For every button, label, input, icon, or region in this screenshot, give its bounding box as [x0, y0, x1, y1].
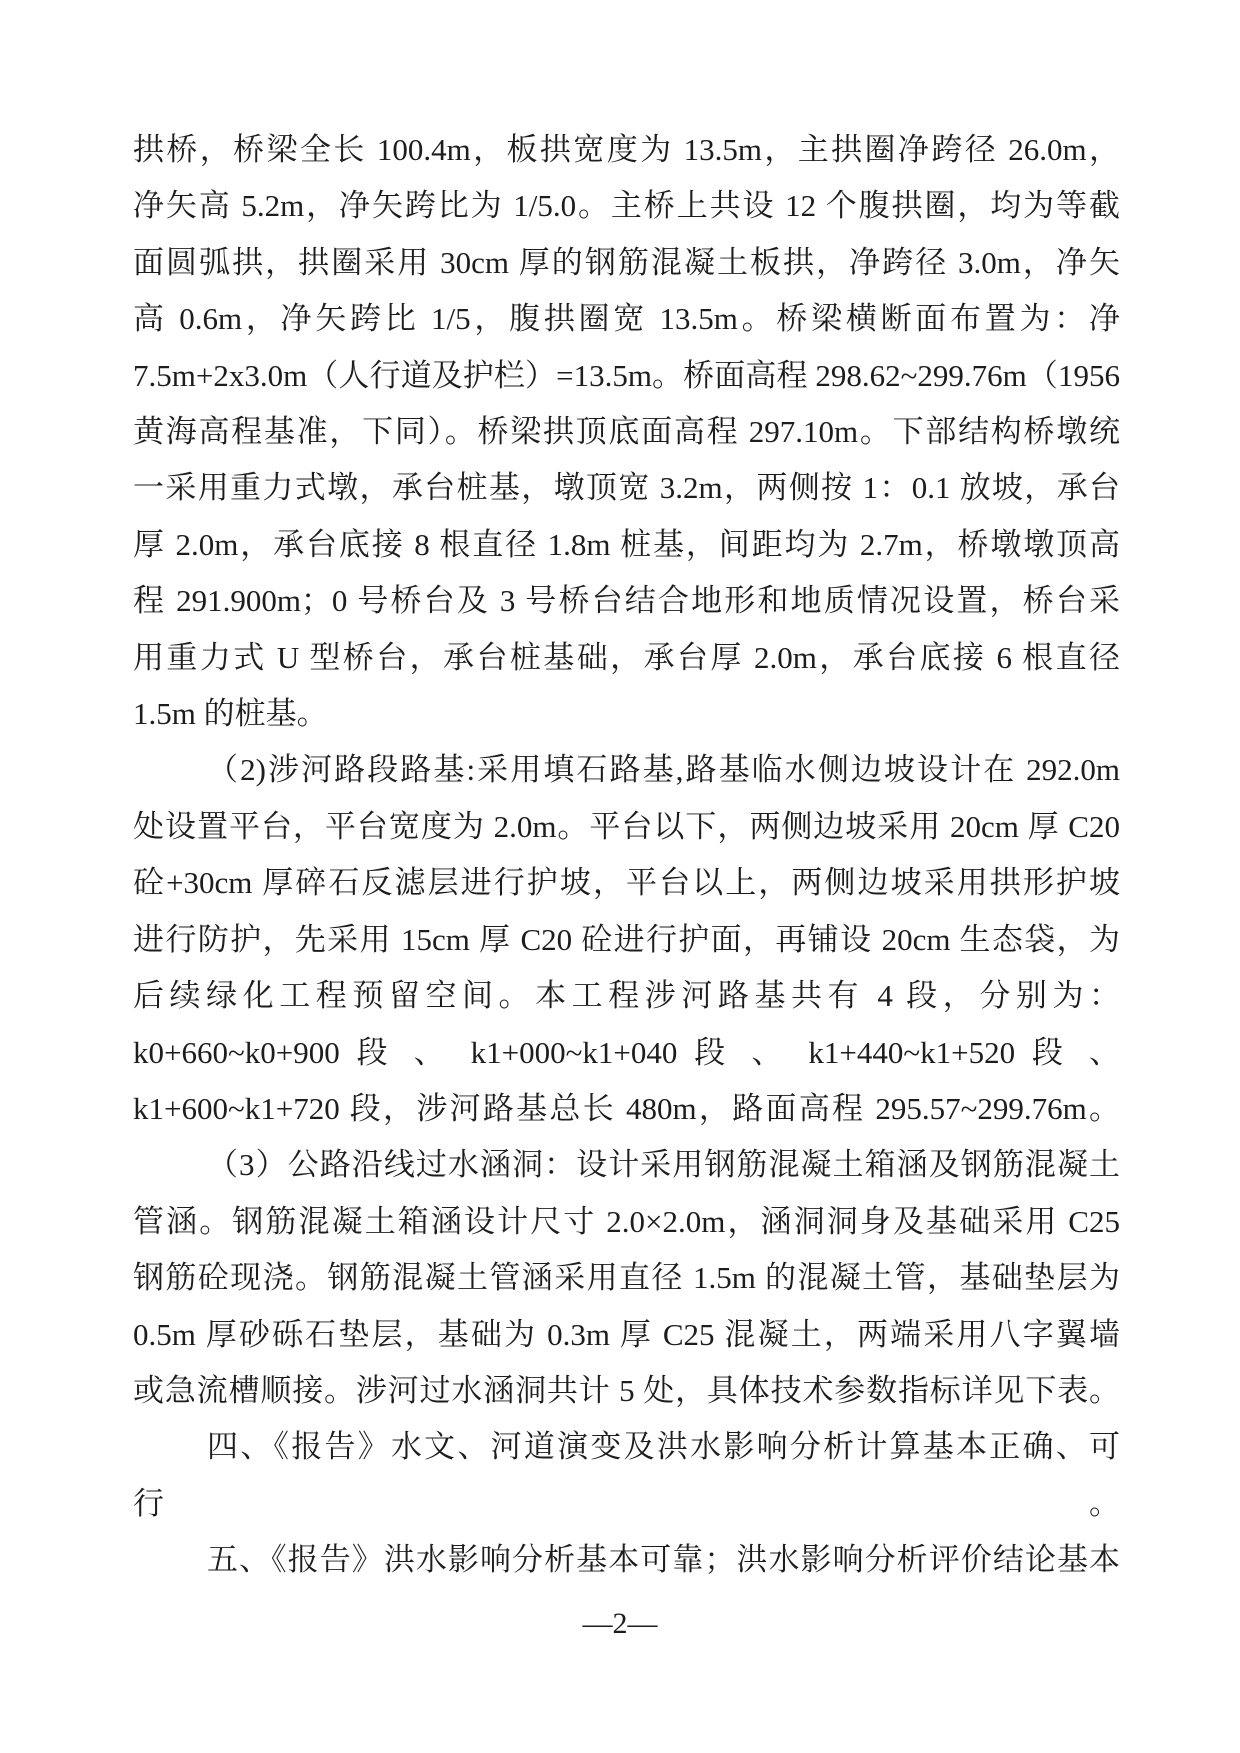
text-line: 黄海高程基准，下同）。桥梁拱顶底面高程 297.10m。下部结构桥墩统	[133, 404, 1120, 460]
text-line: 砼+30cm 厚碎石反滤层进行护坡，平台以上，两侧边坡采用拱形护坡	[133, 855, 1120, 911]
text-line-paragraph-start: 五、《报告》洪水影响分析基本可靠；洪水影响分析评价结论基本	[133, 1532, 1120, 1588]
text-line: 7.5m+2x3.0m（人行道及护栏）=13.5m。桥面高程 298.62~29…	[133, 348, 1120, 404]
text-line-paragraph-start: 四、《报告》水文、河道演变及洪水影响分析计算基本正确、可行。	[133, 1419, 1120, 1532]
text-line-paragraph-end: 1.5m 的桩基。	[133, 686, 1120, 742]
text-line: 钢筋砼现浇。钢筋混凝土管涵采用直径 1.5m 的混凝土管，基础垫层为	[133, 1250, 1120, 1306]
text-line: 高 0.6m，净矢跨比 1/5，腹拱圈宽 13.5m。桥梁横断面布置为：净	[133, 291, 1120, 347]
page-number: —2—	[0, 1604, 1240, 1644]
text-line: 程 291.900m；0 号桥台及 3 号桥台结合地形和地质情况设置，桥台采	[133, 573, 1120, 629]
text-line-paragraph-start: （2)涉河路段路基:采用填石路基,路基临水侧边坡设计在 292.0m	[133, 742, 1120, 798]
text-line: 进行防护，先采用 15cm 厚 C20 砼进行护面，再铺设 20cm 生态袋，为	[133, 912, 1120, 968]
text-line: 或急流槽顺接。涉河过水涵洞共计 5 处，具体技术参数指标详见下表。	[133, 1363, 1120, 1419]
document-body: 拱桥，桥梁全长 100.4m，板拱宽度为 13.5m，主拱圈净跨径 26.0m，…	[133, 122, 1120, 1589]
text-line: 拱桥，桥梁全长 100.4m，板拱宽度为 13.5m，主拱圈净跨径 26.0m，	[133, 122, 1120, 178]
text-line: 处设置平台，平台宽度为 2.0m。平台以下，两侧边坡采用 20cm 厚 C20	[133, 799, 1120, 855]
text-line: 厚 2.0m，承台底接 8 根直径 1.8m 桩基，间距均为 2.7m，桥墩墩顶…	[133, 517, 1120, 573]
text-line: 0.5m 厚砂砾石垫层，基础为 0.3m 厚 C25 混凝土，两端采用八字翼墙	[133, 1307, 1120, 1363]
text-line: 管涵。钢筋混凝土箱涵设计尺寸 2.0×2.0m，涵洞洞身及基础采用 C25	[133, 1194, 1120, 1250]
text-line: 面圆弧拱，拱圈采用 30cm 厚的钢筋混凝土板拱，净跨径 3.0m，净矢	[133, 235, 1120, 291]
text-line: 后续绿化工程预留空间。本工程涉河路基共有 4 段，分别为：	[133, 968, 1120, 1024]
text-line: k0+660~k0+900 段 、 k1+000~k1+040 段 、 k1+4…	[133, 1025, 1120, 1081]
text-line: 一采用重力式墩，承台桩基，墩顶宽 3.2m，两侧按 1：0.1 放坡，承台	[133, 460, 1120, 516]
text-line: 用重力式 U 型桥台，承台桩基础，承台厚 2.0m，承台底接 6 根直径	[133, 630, 1120, 686]
document-page: 拱桥，桥梁全长 100.4m，板拱宽度为 13.5m，主拱圈净跨径 26.0m，…	[0, 0, 1240, 1753]
text-line: k1+600~k1+720 段，涉河路基总长 480m，路面高程 295.57~…	[133, 1081, 1120, 1137]
text-line-paragraph-start: （3）公路沿线过水涵洞：设计采用钢筋混凝土箱涵及钢筋混凝土	[133, 1137, 1120, 1193]
text-line: 净矢高 5.2m，净矢跨比为 1/5.0。主桥上共设 12 个腹拱圈，均为等截	[133, 178, 1120, 234]
